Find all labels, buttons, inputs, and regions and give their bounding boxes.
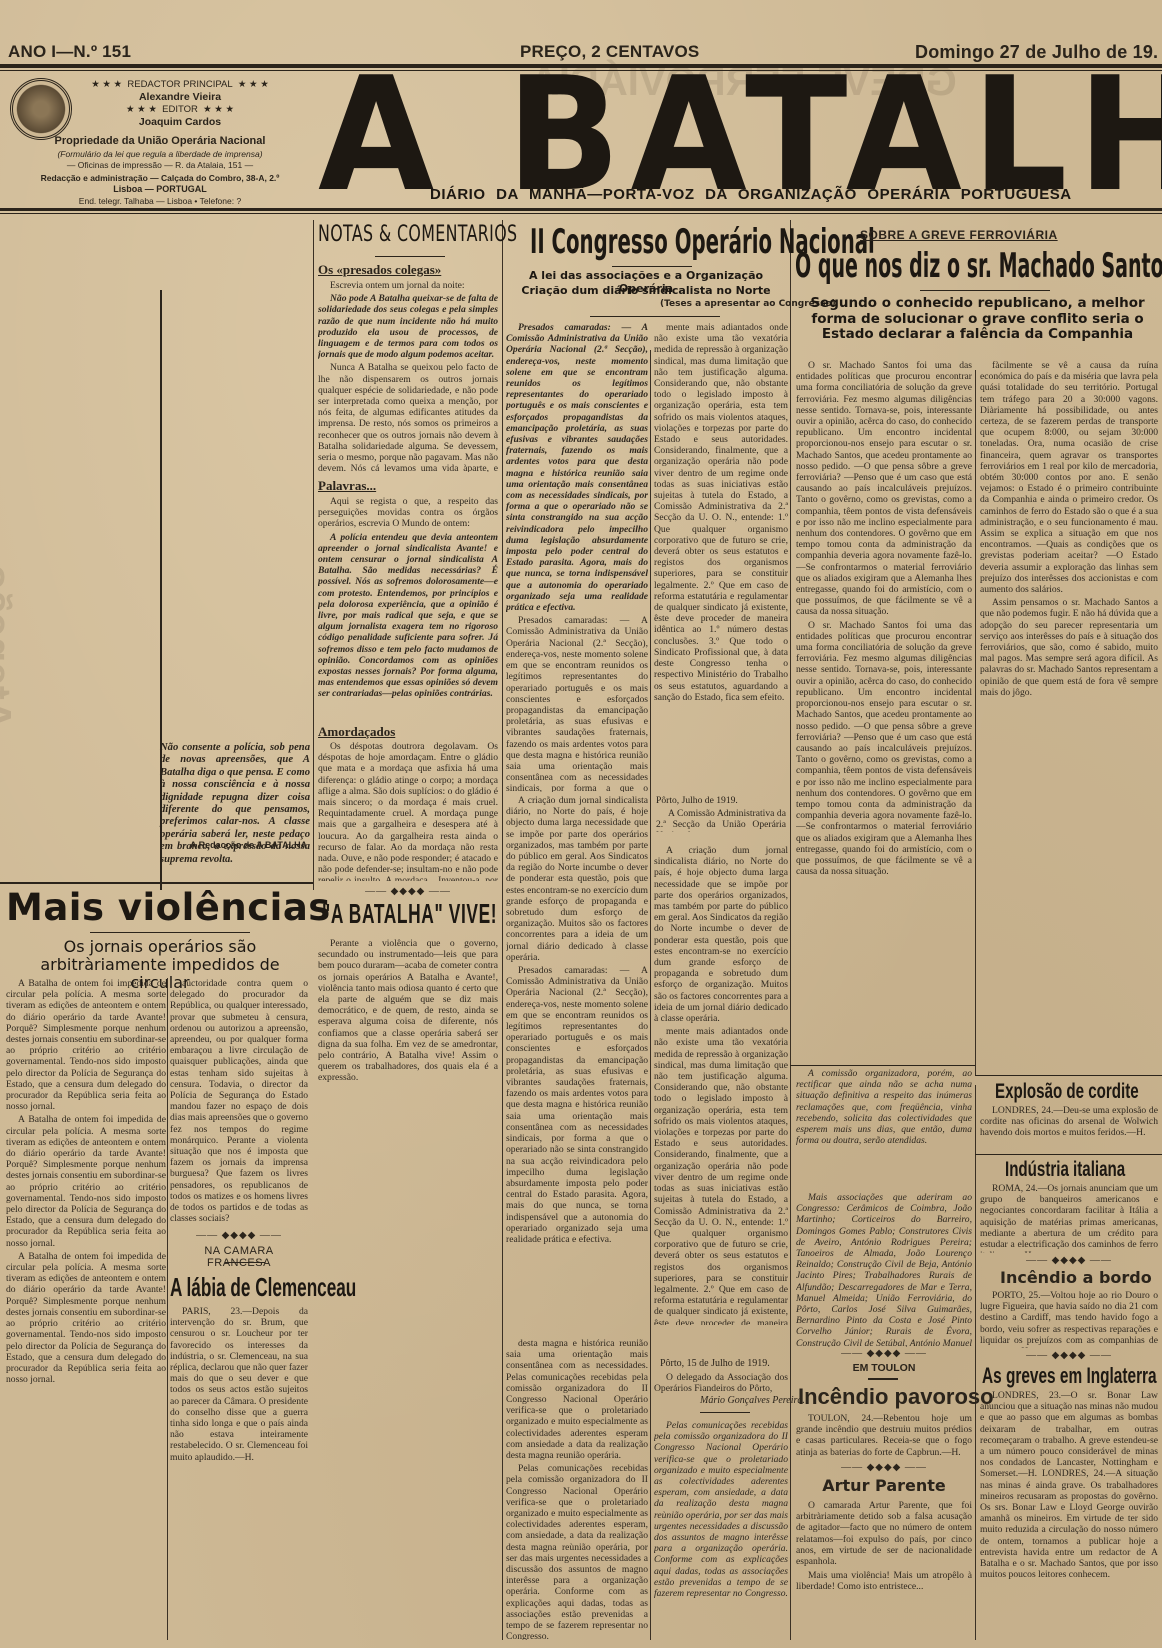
newspaper-subtitle: DIÁRIO DA MANHÃ—PORTA-VOZ DA ORGANIZAÇÃO… <box>430 186 1072 203</box>
rule <box>975 1154 1162 1155</box>
ornament-divider: —— ◆◆◆◆ —— <box>318 886 498 897</box>
mais-violencias-body: A Batalha de ontem foi impedida de circu… <box>6 978 166 1640</box>
congresso-closing-name: Mário Gonçalves Pereira. <box>700 1395 805 1406</box>
ornament-divider: —— ◆◆◆◆ —— <box>796 1462 972 1473</box>
column-divider <box>502 220 503 1640</box>
editor-label: EDITOR <box>162 104 198 115</box>
rule <box>375 256 445 257</box>
column-divider <box>313 220 314 890</box>
stars-decoration: ★ ★ ★ <box>238 79 269 90</box>
toulon-title: Incêndio pavoroso <box>798 1384 994 1410</box>
greve-body: O sr. Machado Santos foi uma das entidad… <box>796 360 972 1060</box>
rule <box>868 1378 898 1380</box>
camara-body: PARIS, 23.—Depois da intervenção do sr. … <box>170 1306 308 1640</box>
greve-kicker: SOBRE A GREVE FERROVIÁRIA <box>860 228 1058 242</box>
congresso-subtitle: Criação dum diário sindicalista no Norte <box>506 284 786 297</box>
notas-title: NOTAS & COMENTARIOS <box>318 222 517 247</box>
censorship-signature: A Redacção de A BATALHA <box>190 840 307 850</box>
editorial-address: Redacção e administração — Calçada do Co… <box>30 173 290 183</box>
issue-number: ANO I—N.º 151 <box>8 42 131 62</box>
brief-body: PORTO, 25.—Voltou hoje ao rio Douro o lu… <box>980 1290 1158 1348</box>
congresso-body-2: mente mais adiantados onde não existe um… <box>654 322 788 792</box>
ornament-divider: —— ◆◆◆◆ —— <box>796 1348 972 1359</box>
brief-title: Incêndio a bordo <box>1000 1268 1152 1287</box>
rule <box>590 316 720 317</box>
section-heading: Os «presados colegas» <box>318 262 441 278</box>
congresso-body: Presados camaradas: — A Comissão Adminis… <box>506 322 648 792</box>
bleed-through-text: Atenção <box>0 564 20 730</box>
column-divider <box>975 370 976 1075</box>
congresso-body-4: A criação dum jornal sindicalista diário… <box>654 845 788 1325</box>
brief-body: LONDRES, 24.—Deu-se uma explosão de cord… <box>980 1105 1158 1151</box>
stars-decoration: ★ ★ ★ <box>126 104 157 115</box>
masthead-bottom-rule <box>0 213 1162 214</box>
union-seal-emblem <box>10 78 72 140</box>
greve-title: O que nos diz o sr. Machado Santos <box>795 246 1162 286</box>
legal-note: (Formulário da lei que regula a liberdad… <box>30 149 290 159</box>
brief-title: Explosão de cordite <box>995 1080 1139 1104</box>
masthead-bottom-rule <box>0 208 1162 211</box>
column-divider <box>650 350 651 1640</box>
ornament-divider: —— ◆◆◆◆ —— <box>170 1230 308 1241</box>
camara-kicker: NA CAMARA FRANCESA <box>172 1245 306 1269</box>
greve-subtitle: Segundo o conhecido republicano, a melho… <box>800 296 1155 343</box>
brief-body: LONDRES, 23.—O sr. Bonar Law anunciou qu… <box>980 1390 1158 1640</box>
chief-editor-name: Alexandre Vieira <box>139 91 221 103</box>
brief-body: ROMA, 24.—Os jornais anunciam que um gru… <box>980 1183 1158 1253</box>
toulon-body: TOULON, 24.—Rebentou hoje um grande incê… <box>796 1413 972 1460</box>
ornament-divider: —— ◆◆◆◆ —— <box>980 1255 1158 1266</box>
owner-line: Propriedade da União Operária Nacional <box>30 135 290 147</box>
congresso-closing-place: Pôrto, 15 de Julho de 1919. <box>660 1358 770 1369</box>
mais-violencias-title: Mais violências <box>6 886 331 929</box>
column-divider <box>975 1085 976 1640</box>
notas-section-2: Aqui se regista o que, a respeito das pe… <box>318 496 498 721</box>
newspaper-page: GREVE FERROVIÁRIA Atenção ANO I—N.º 151 … <box>0 0 1162 1648</box>
column-divider <box>167 978 168 1640</box>
rule <box>0 882 313 884</box>
artur-body: O camarada Artur Parente, que foi arbitr… <box>796 1500 972 1568</box>
greve-body-2: fàcilmente se vê a causa da ruína económ… <box>980 360 1158 1072</box>
congresso-comunicacoes: Pelas comunicações recebidas pela comiss… <box>654 1420 788 1640</box>
stars-decoration: ★ ★ ★ <box>91 79 122 90</box>
toulon-kicker: EM TOULON <box>796 1362 972 1374</box>
brief-title: As greves em Inglaterra <box>982 1363 1157 1389</box>
editor-name: Joaquim Cardos <box>139 116 221 128</box>
batalha-vive-body: Perante a violência que o governo, secun… <box>318 938 498 1218</box>
congresso-body-3: A criação dum jornal sindicalista diário… <box>506 795 648 1335</box>
notas-section-1: Escrevia ontem um jornal da noite: Não p… <box>318 280 498 472</box>
rule <box>975 1075 1162 1076</box>
ornament-divider: —— ◆◆◆◆ —— <box>980 1350 1158 1361</box>
congresso-signoff-place: Pôrto, Julho de 1919. <box>656 795 738 806</box>
city-line: Lisboa — PORTUGAL <box>30 184 290 194</box>
batalha-vive-title: "A BATALHA" VIVE! <box>322 898 497 930</box>
brief-title: Indústria italiana <box>1005 1158 1125 1182</box>
section-heading: Palavras... <box>318 478 376 494</box>
rule <box>920 290 1050 291</box>
artur-title: Artur Parente <box>796 1476 972 1495</box>
stars-decoration: ★ ★ ★ <box>203 104 234 115</box>
camara-title: A lábia de Clemenceau <box>170 1272 356 1303</box>
rule <box>612 266 692 267</box>
artur-body-2: Mais uma violência! Mais um atropêlo à l… <box>796 1570 972 1596</box>
congresso-signoff-by: A Comissão Administrativa da 2.ª Secção … <box>656 808 786 832</box>
congresso-body-5: desta magna e histórica reunião saia uma… <box>506 1338 648 1640</box>
congresso-closing-by: O delegado da Associação dos Operários F… <box>654 1372 788 1396</box>
rule <box>90 932 250 933</box>
adherents-list: Mais associações que aderiram ao Congres… <box>796 1192 972 1347</box>
mais-violencias-body-2: auctoridade contra quem o delegado do pr… <box>170 978 308 1226</box>
chief-editor-label: REDACTOR PRINCIPAL <box>127 79 232 90</box>
notas-section-3: Os déspotas doutrora degolavam. Os déspo… <box>318 741 498 881</box>
comissao-note: A comissão organizadora, porém, ao recti… <box>796 1068 972 1192</box>
rule <box>700 1412 750 1413</box>
rule <box>225 1262 265 1263</box>
section-heading: Amordaçados <box>318 724 395 740</box>
rule <box>790 1065 975 1066</box>
column-divider <box>790 220 791 1640</box>
printing-address: — Oficinas de impressão — R. da Atalaia,… <box>30 160 290 170</box>
telegraph-line: End. telegr. Talhaba — Lisboa • Telefone… <box>30 196 290 206</box>
